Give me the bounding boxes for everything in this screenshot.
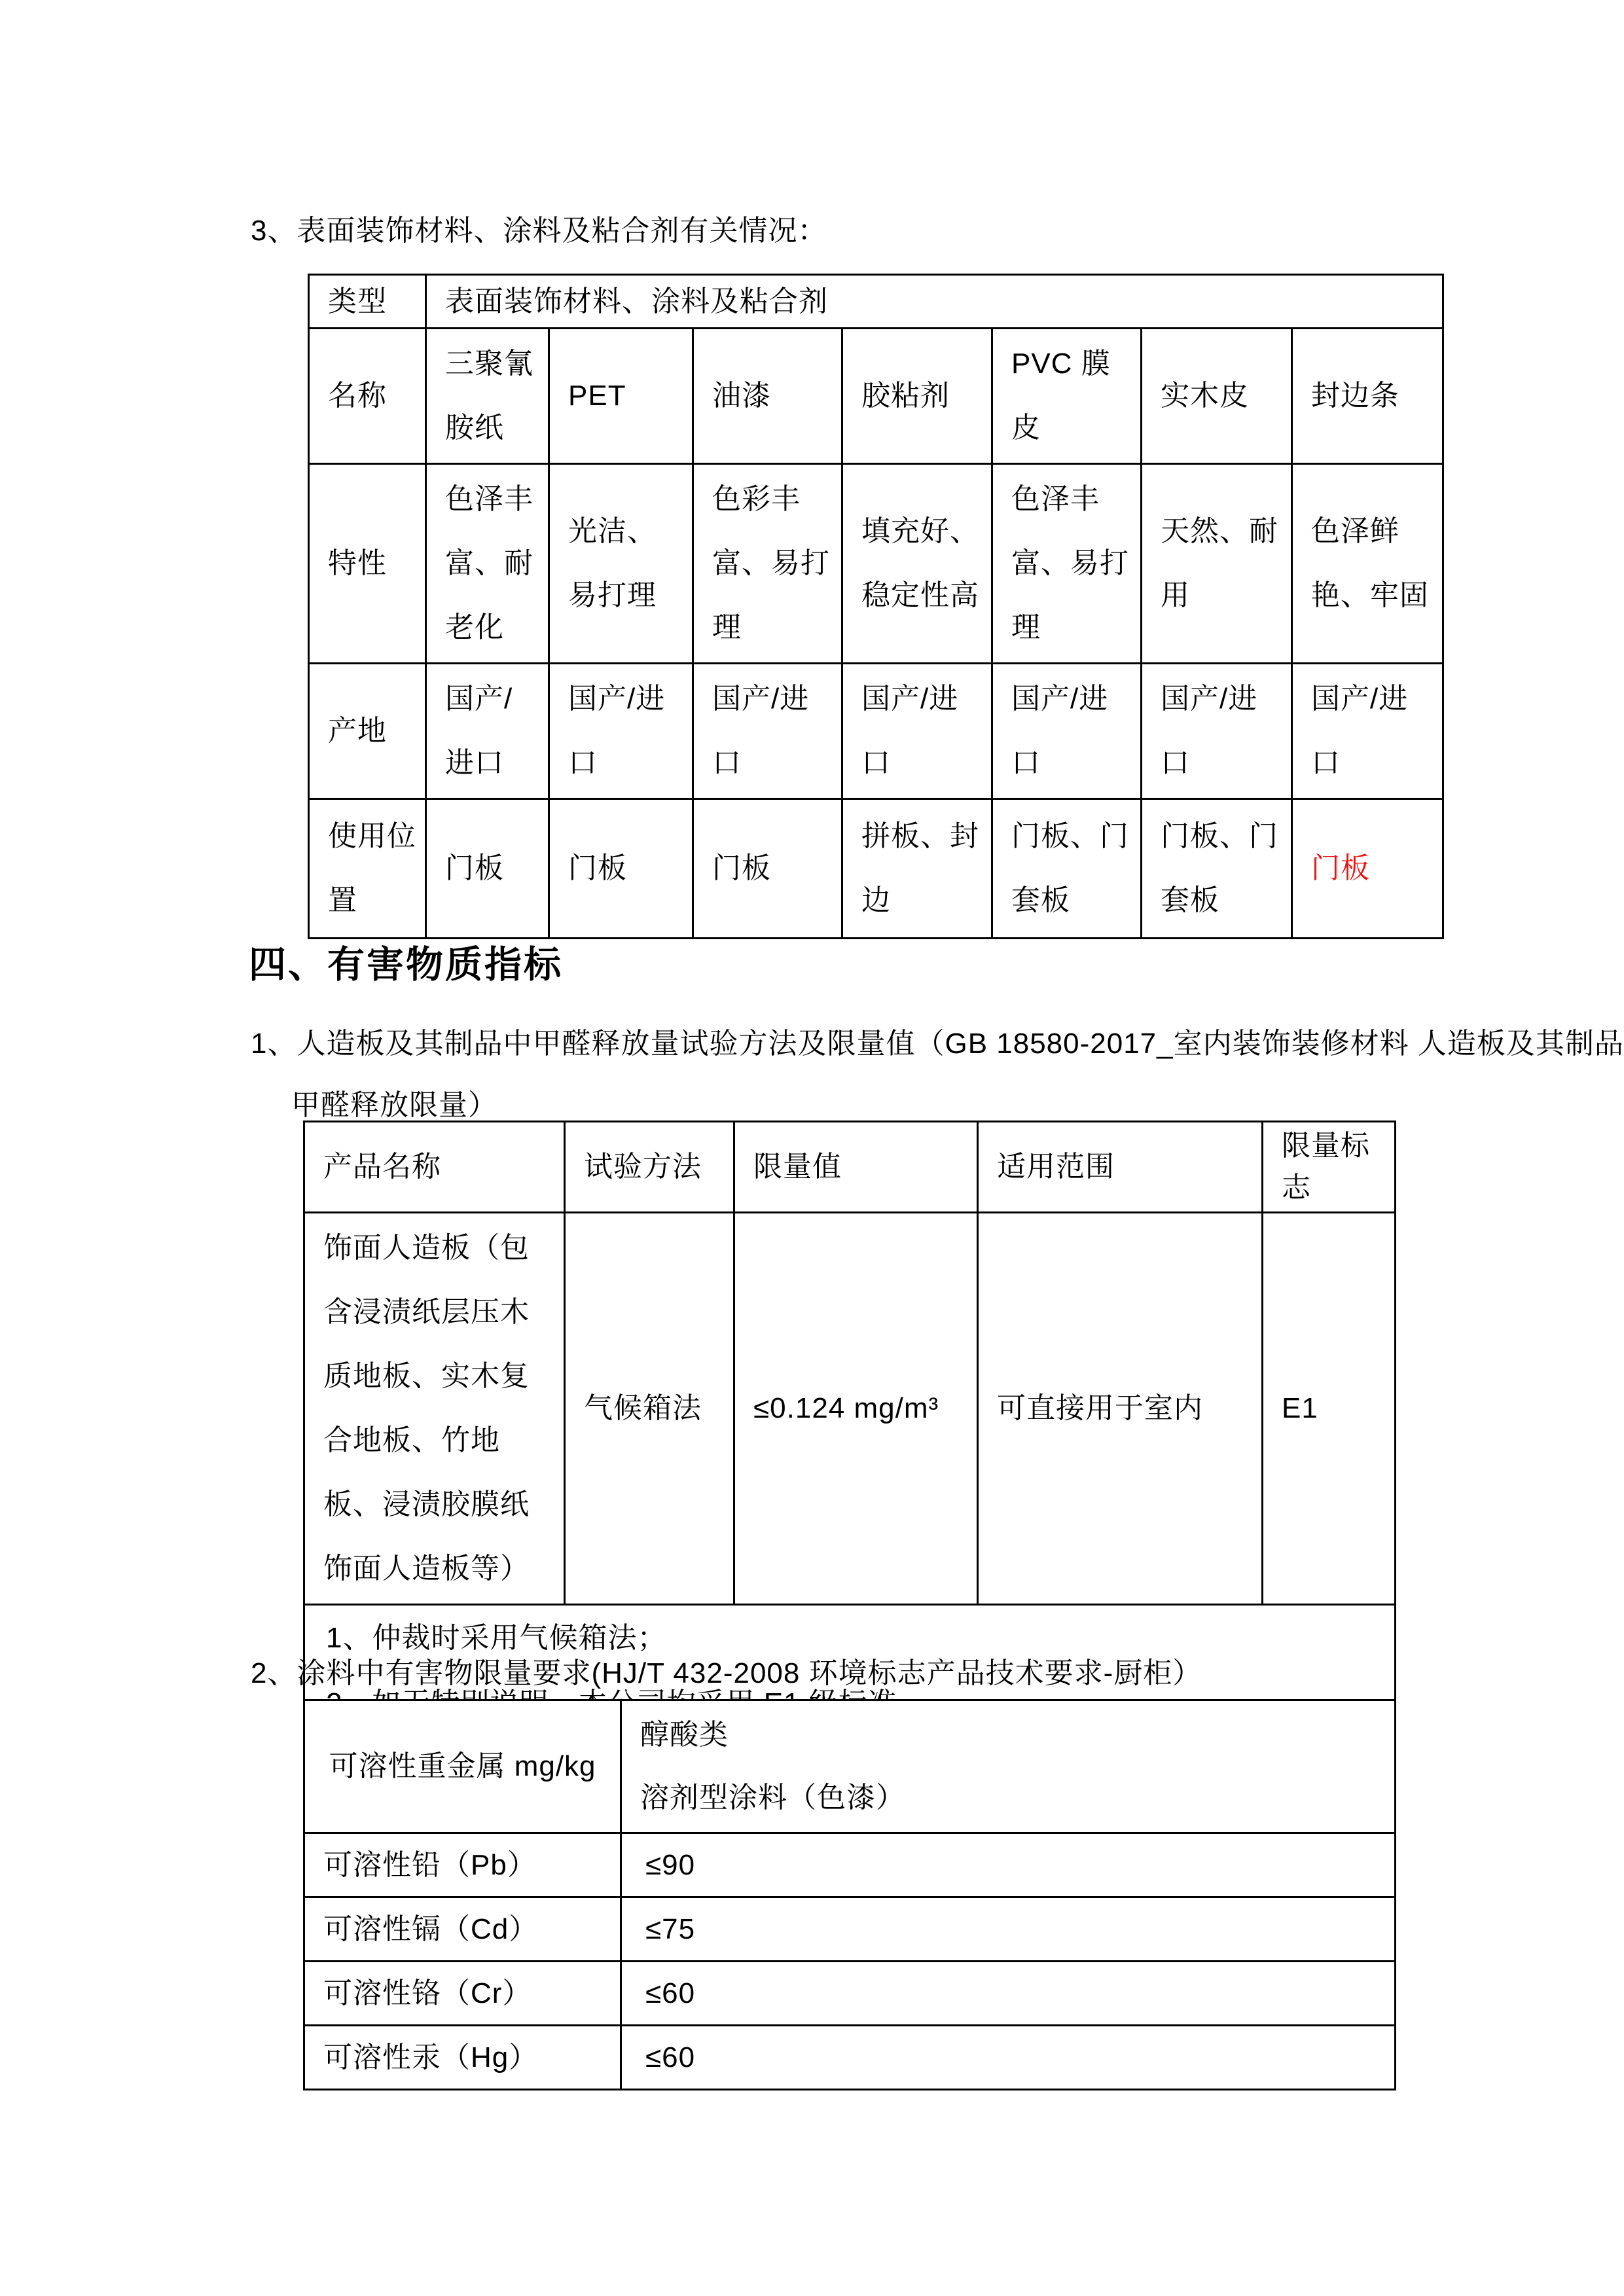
origin-cell: 国产/进口 — [693, 664, 842, 799]
metal-value-cell: ≤75 — [621, 1897, 1396, 1962]
name-cell: 胶粘剂 — [842, 329, 992, 464]
section4-item1-text: 1、人造板及其制品中甲醛释放量试验方法及限量值（GB 18580-2017_室内… — [251, 1013, 1624, 1136]
name-cell: 油漆 — [693, 329, 842, 464]
name-cell: 封边条 — [1292, 329, 1443, 464]
metals-header-cell: 可溶性重金属 mg/kg — [304, 1700, 621, 1833]
table-row: 可溶性镉（Cd） ≤75 — [304, 1897, 1396, 1962]
heavy-metals-table: 可溶性重金属 mg/kg 醇酸类 溶剂型涂料（色漆） 可溶性铅（Pb） ≤90 … — [303, 1699, 1396, 2090]
section3-heading: 3、表面装饰材料、涂料及粘合剂有关情况： — [251, 207, 827, 249]
table-row: 可溶性铬（Cr） ≤60 — [304, 1962, 1396, 2026]
feature-cell: 光洁、易打理 — [549, 464, 693, 664]
coating-type-line-2: 溶剂型涂料（色漆） — [640, 1767, 1388, 1829]
metal-label-cell: 可溶性铅（Pb） — [304, 1833, 621, 1897]
coating-type-line-1: 醇酸类 — [640, 1704, 1388, 1767]
type-label-cell: 类型 — [309, 275, 426, 329]
metal-value-cell: ≤60 — [621, 2026, 1396, 2090]
product-cell: 饰面人造板（包含浸渍纸层压木质地板、实木复合地板、竹地板、浸渍胶膜纸饰面人造板等… — [304, 1213, 565, 1605]
feature-cell: 色彩丰富、易打理 — [693, 464, 842, 664]
header-cell-mark: 限量标志 — [1263, 1122, 1396, 1213]
usage-cell: 拼板、封边 — [842, 799, 992, 939]
metal-value-cell: ≤60 — [621, 1962, 1396, 2026]
table-header-row: 产品名称 试验方法 限量值 适用范围 限量标志 — [304, 1122, 1396, 1213]
origin-cell: 国产/进口 — [1142, 664, 1292, 799]
limit-cell: ≤0.124 mg/m³ — [734, 1213, 978, 1605]
origin-cell: 国产/进口 — [426, 664, 549, 799]
usage-cell-highlighted: 门板 — [1292, 799, 1443, 939]
name-cell: 三聚氰胺纸 — [426, 329, 549, 464]
usage-cell: 门板 — [426, 799, 549, 939]
method-cell: 气候箱法 — [565, 1213, 734, 1605]
feature-cell: 色泽丰富、耐老化 — [426, 464, 549, 664]
formaldehyde-limit-table: 产品名称 试验方法 限量值 适用范围 限量标志 饰面人造板（包含浸渍纸层压木质地… — [303, 1121, 1396, 1738]
usage-cell: 门板 — [693, 799, 842, 939]
section4-item2-text: 2、涂料中有害物限量要求(HJ/T 432-2008 环境标志产品技术要求-厨柜… — [251, 1649, 1202, 1691]
mark-cell: E1 — [1263, 1213, 1396, 1605]
header-cell-product: 产品名称 — [304, 1122, 565, 1213]
feature-cell: 色泽丰富、易打理 — [992, 464, 1142, 664]
table-row: 饰面人造板（包含浸渍纸层压木质地板、实木复合地板、竹地板、浸渍胶膜纸饰面人造板等… — [304, 1213, 1396, 1605]
origin-cell: 国产/进口 — [1292, 664, 1443, 799]
origin-cell: 国产/进口 — [842, 664, 992, 799]
type-value-cell: 表面装饰材料、涂料及粘合剂 — [426, 275, 1443, 329]
document-page: 3、表面装饰材料、涂料及粘合剂有关情况： 类型 表面装饰材料、涂料及粘合剂 名称… — [0, 0, 1624, 2296]
scope-cell: 可直接用于室内 — [978, 1213, 1263, 1605]
table-row: 使用位置 门板 门板 门板 拼板、封边 门板、门套板 门板、门套板 门板 — [309, 799, 1443, 939]
metal-value-cell: ≤90 — [621, 1833, 1396, 1897]
header-cell-limit: 限量值 — [734, 1122, 978, 1213]
usage-label-cell: 使用位置 — [309, 799, 426, 939]
table-header-row: 可溶性重金属 mg/kg 醇酸类 溶剂型涂料（色漆） — [304, 1700, 1396, 1833]
table-row: 产地 国产/进口 国产/进口 国产/进口 国产/进口 国产/进口 国产/进口 国… — [309, 664, 1443, 799]
section4-heading: 四、有害物质指标 — [249, 935, 563, 988]
surface-materials-table: 类型 表面装饰材料、涂料及粘合剂 名称 三聚氰胺纸 PET 油漆 胶粘剂 PVC… — [308, 274, 1444, 939]
metal-label-cell: 可溶性镉（Cd） — [304, 1897, 621, 1962]
metal-label-cell: 可溶性铬（Cr） — [304, 1962, 621, 2026]
feature-label-cell: 特性 — [309, 464, 426, 664]
table-row: 可溶性汞（Hg） ≤60 — [304, 2026, 1396, 2090]
name-label-cell: 名称 — [309, 329, 426, 464]
usage-cell: 门板 — [549, 799, 693, 939]
feature-cell: 填充好、稳定性高 — [842, 464, 992, 664]
header-cell-scope: 适用范围 — [978, 1122, 1263, 1213]
table-row: 名称 三聚氰胺纸 PET 油漆 胶粘剂 PVC 膜皮 实木皮 封边条 — [309, 329, 1443, 464]
table-row: 特性 色泽丰富、耐老化 光洁、易打理 色彩丰富、易打理 填充好、稳定性高 色泽丰… — [309, 464, 1443, 664]
feature-cell: 天然、耐用 — [1142, 464, 1292, 664]
header-cell-method: 试验方法 — [565, 1122, 734, 1213]
origin-cell: 国产/进口 — [992, 664, 1142, 799]
feature-cell: 色泽鲜艳、牢固 — [1292, 464, 1443, 664]
table-row: 类型 表面装饰材料、涂料及粘合剂 — [309, 275, 1443, 329]
table-row: 可溶性铅（Pb） ≤90 — [304, 1833, 1396, 1897]
name-cell: PET — [549, 329, 693, 464]
metal-label-cell: 可溶性汞（Hg） — [304, 2026, 621, 2090]
name-cell: 实木皮 — [1142, 329, 1292, 464]
usage-cell: 门板、门套板 — [1142, 799, 1292, 939]
coating-type-cell: 醇酸类 溶剂型涂料（色漆） — [621, 1700, 1396, 1833]
origin-label-cell: 产地 — [309, 664, 426, 799]
origin-cell: 国产/进口 — [549, 664, 693, 799]
name-cell: PVC 膜皮 — [992, 329, 1142, 464]
usage-cell: 门板、门套板 — [992, 799, 1142, 939]
